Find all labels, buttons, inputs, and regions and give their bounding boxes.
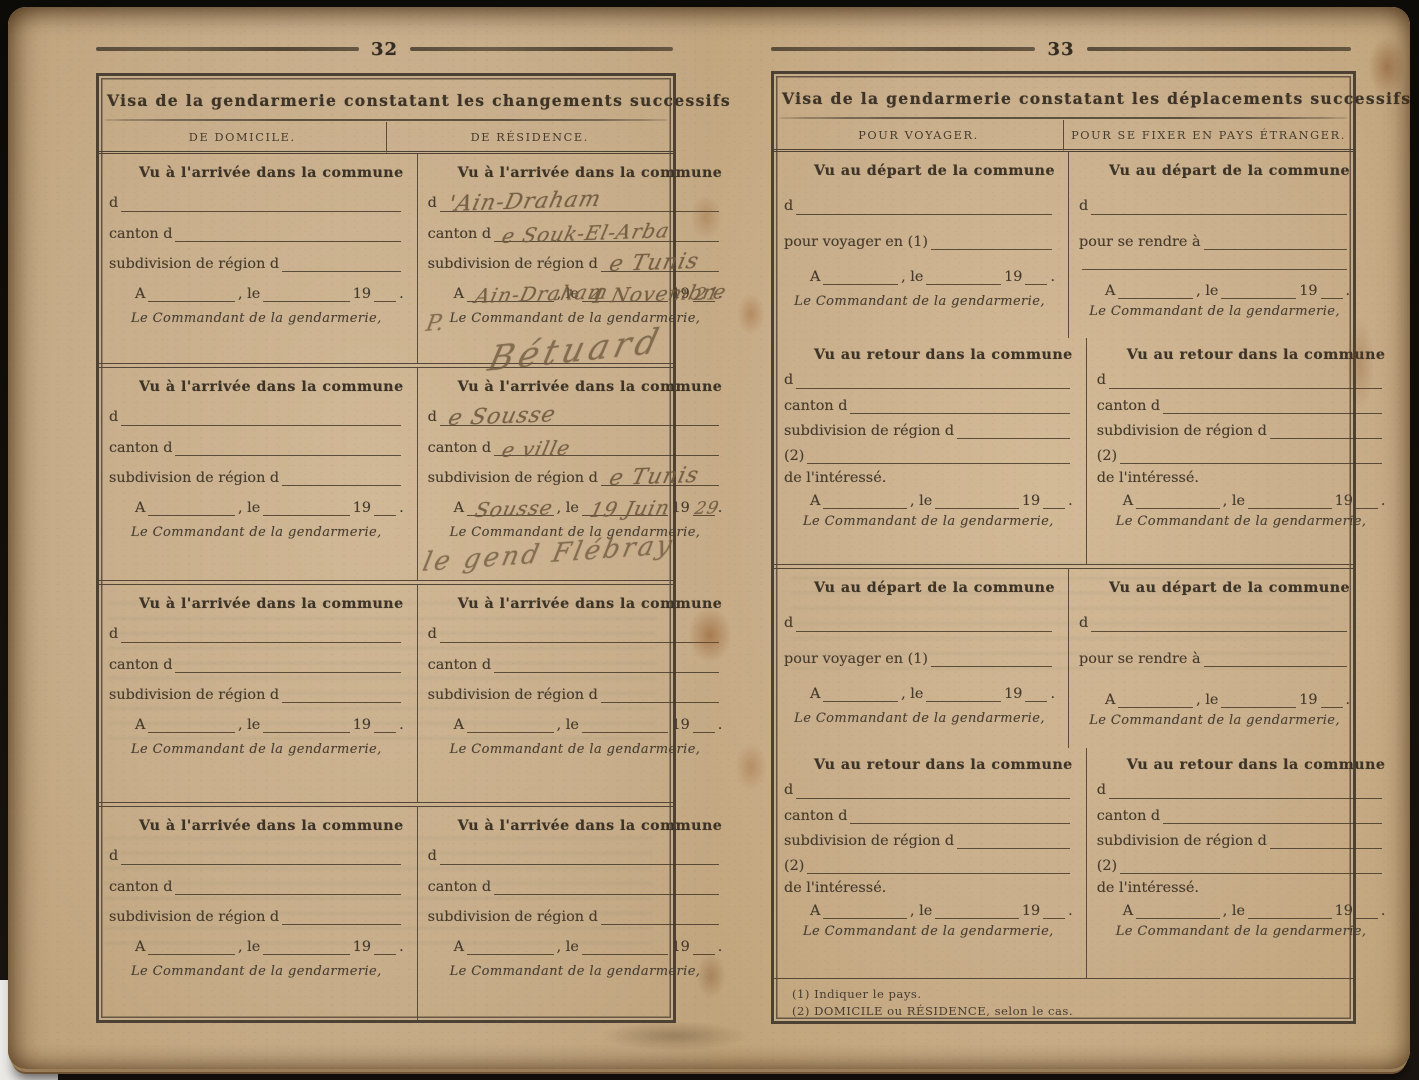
blank-line: [494, 669, 719, 673]
blank-line: [263, 729, 350, 733]
commandant-signature-line: Le Commandant de la gendarmerie,: [1097, 514, 1386, 529]
decorative-rule: [1087, 47, 1351, 51]
field-line-canton: canton d: [109, 441, 404, 456]
field-line-commune: d: [1079, 199, 1350, 214]
blank-line: [374, 512, 396, 516]
blank-line: [263, 298, 350, 302]
blank-line: [850, 820, 1069, 824]
right-page-frame: Visa de la gendarmerie constatant les dé…: [771, 71, 1356, 1024]
field-line-commune: d: [109, 627, 404, 642]
left-page-rows: Vu à l'arrivée dans la commune d canton …: [99, 154, 673, 1020]
blank-line: [1136, 915, 1220, 919]
commandant-signature-line: Le Commandant de la gendarmerie,: [1079, 304, 1350, 319]
handwritten-commune: 'Ain-Draham: [446, 188, 603, 215]
field-line-commune: d: [1097, 783, 1386, 798]
departure-travel-block: Vu au départ de la commune d pour voyage…: [774, 569, 1069, 748]
blank-line: [148, 512, 235, 516]
block-heading: Vu au départ de la commune: [1079, 152, 1350, 179]
blank-line: [1163, 820, 1382, 824]
field-line-date: A, le19.: [784, 904, 1073, 919]
field-line-subdivision: subdivision de région d: [109, 910, 404, 925]
arrival-block-blank: Vu à l'arrivée dans la commune d canton …: [99, 807, 418, 1020]
handwritten-year: 29: [693, 500, 721, 518]
blank-line: [1248, 505, 1332, 509]
footnotes: (1) Indiquer le pays. (2) DOMICILE ou RÉ…: [774, 978, 1353, 1021]
return-block: Vu au retour dans la commune d canton d …: [1087, 338, 1399, 564]
commandant-signature-line: Le Commandant de la gendarmerie,: [1079, 713, 1350, 728]
blank-line: [175, 238, 400, 242]
blank-line: [1163, 410, 1382, 414]
blank-line: Ain-Draham: [467, 298, 554, 302]
blank-line: [957, 845, 1070, 849]
field-line-subdivision: subdivision de région d: [784, 424, 1073, 439]
handwritten-date: 19 Juin: [588, 497, 672, 520]
block-heading: Vu à l'arrivée dans la commune: [109, 368, 404, 395]
blank-line: [850, 410, 1069, 414]
blank-line: [374, 729, 396, 733]
form-row: Vu à l'arrivée dans la commune d canton …: [99, 807, 673, 1020]
blank-line: [796, 385, 1070, 389]
field-line-voyager: pour voyager en (1): [784, 652, 1055, 667]
field-line-date: A, le19.: [784, 270, 1055, 285]
block-heading: Vu à l'arrivée dans la commune: [109, 807, 404, 834]
handwritten-year: 21: [693, 286, 721, 304]
blank-line: [1321, 704, 1343, 708]
commandant-signature-line: Le Commandant de la gendarmerie,: [109, 525, 404, 540]
field-line-canton: canton d: [1097, 399, 1386, 414]
left-page-frame: Visa de la gendarmerie constatant les ch…: [96, 73, 676, 1023]
blank-line: [935, 915, 1019, 919]
block-heading: Vu au retour dans la commune: [1097, 748, 1386, 773]
scanned-booklet-spread: 32 Visa de la gendarmerie constatant les…: [0, 0, 1419, 1080]
field-line-canton: canton d: [784, 809, 1073, 824]
blank-line: [374, 298, 396, 302]
blank-line: [263, 512, 350, 516]
field-line-rendre: pour se rendre à: [1079, 652, 1350, 667]
left-column-headers: DE DOMICILE. DE RÉSIDENCE.: [99, 122, 673, 154]
block-heading: Vu à l'arrivée dans la commune: [428, 154, 723, 181]
block-heading: Vu au retour dans la commune: [1097, 338, 1386, 363]
blank-line: [601, 699, 720, 703]
blank-line: [582, 951, 669, 955]
field-line-date: A, le19.: [784, 494, 1073, 509]
blank-line: [1043, 505, 1065, 509]
left-page-header-row: 32: [96, 37, 673, 61]
arrival-block-sousse: Vu à l'arrivée dans la commune de Sousse…: [418, 368, 736, 580]
field-line-subdivision: subdivision de région d: [1097, 424, 1386, 439]
field-line-canton: canton d: [109, 658, 404, 673]
column-header-residence: DE RÉSIDENCE.: [387, 122, 674, 154]
commandant-signature-line: Le Commandant de la gendarmerie,: [784, 294, 1055, 309]
field-line-commune: d: [784, 783, 1073, 798]
blank-line: [1221, 704, 1296, 708]
block-heading: Vu à l'arrivée dans la commune: [109, 585, 404, 612]
field-line-commune: d: [109, 410, 404, 425]
blank-line: [1204, 246, 1348, 250]
blank-line: [282, 482, 401, 486]
commandant-signature-line: Le Commandant de la gendarmerie,: [109, 742, 404, 757]
right-column-headers: POUR VOYAGER. POUR SE FIXER EN PAYS ÉTRA…: [774, 120, 1353, 152]
departure-abroad-block: Vu au départ de la commune d pour se ren…: [1069, 569, 1363, 748]
blank-line: 29: [693, 512, 715, 516]
block-heading: Vu à l'arrivée dans la commune: [428, 585, 723, 612]
field-line-note2: (2): [1097, 449, 1386, 464]
blank-line: [582, 729, 669, 733]
title-rule: [779, 117, 1348, 119]
page-number: 32: [371, 39, 398, 60]
field-line-commune: d: [109, 196, 404, 211]
blank-line: [1356, 915, 1378, 919]
blank-line: e ville: [494, 452, 719, 456]
decorative-rule: [96, 47, 359, 51]
field-line-date: A, le19.: [1079, 284, 1350, 299]
field-line-canton: canton d: [1097, 809, 1386, 824]
field-line-note2: (2): [1097, 859, 1386, 874]
blank-line: [601, 921, 720, 925]
blank-line: [1270, 845, 1383, 849]
blank-line: [1136, 505, 1220, 509]
handwritten-subdivision: e Tunis: [607, 251, 701, 276]
field-line-date: AAin-Draham, le4 Novembre1921.: [428, 287, 723, 302]
form-row: Vu au retour dans la commune d canton d …: [774, 338, 1353, 564]
field-line-subdivision: subdivision de région de Tunis: [428, 257, 723, 272]
field-line-subdivision: subdivision de région d: [1097, 834, 1386, 849]
blank-line: 19 Juin: [582, 512, 669, 516]
blank-line: [1118, 295, 1193, 299]
field-line-subdivision: subdivision de région d: [109, 688, 404, 703]
commandant-signature-line: Le Commandant de la gendarmerie,: [1097, 924, 1386, 939]
form-row: Vu au retour dans la commune d canton d …: [774, 748, 1353, 978]
field-line-extra: [1079, 266, 1350, 270]
blank-line: [693, 729, 715, 733]
handwritten-subdivision: e Tunis: [607, 465, 701, 490]
field-line-commune: d: [1097, 373, 1386, 388]
field-line-subdivision: subdivision de région d: [428, 910, 723, 925]
column-header-fixer: POUR SE FIXER EN PAYS ÉTRANGER.: [1064, 120, 1353, 152]
blank-line: [148, 298, 235, 302]
blank-line: [1270, 435, 1383, 439]
arrival-block-ain-draham: Vu à l'arrivée dans la commune d'Ain-Dra…: [418, 154, 736, 363]
arrival-block-blank: Vu à l'arrivée dans la commune d canton …: [99, 368, 418, 580]
blank-line: [693, 951, 715, 955]
field-line-commune: d: [784, 373, 1073, 388]
blank-line: [926, 698, 1001, 702]
blank-line: [1118, 704, 1193, 708]
blank-line: [823, 505, 907, 509]
decorative-rule: [410, 47, 673, 51]
field-line-commune: d: [428, 849, 723, 864]
blank-line: [282, 268, 401, 272]
field-line-canton: canton de ville: [428, 441, 723, 456]
blank-line: [796, 211, 1052, 215]
blank-line: [1109, 795, 1383, 799]
blank-line: [175, 891, 400, 895]
title-rule: [104, 119, 668, 121]
blank-line: [1120, 460, 1382, 464]
arrival-block-blank: Vu à l'arrivée dans la commune d canton …: [99, 154, 418, 363]
departure-travel-block: Vu au départ de la commune d pour voyage…: [774, 152, 1069, 338]
blank-line: [148, 729, 235, 733]
blank-line: [440, 861, 719, 865]
blank-line: [1120, 870, 1382, 874]
field-line-commune: d: [428, 627, 723, 642]
blank-line: [807, 870, 1069, 874]
field-line-commune: de Sousse: [428, 410, 723, 425]
handwritten-p-initial: P.: [424, 311, 446, 338]
field-line-interesse: de l'intéressé.: [1097, 471, 1386, 486]
blank-line: [374, 951, 396, 955]
blank-line: [807, 460, 1069, 464]
blank-line: [121, 861, 400, 865]
form-row: Vu à l'arrivée dans la commune d canton …: [99, 585, 673, 802]
field-line-subdivision: subdivision de région d: [109, 257, 404, 272]
field-line-subdivision: subdivision de région d: [784, 834, 1073, 849]
arrival-block-blank: Vu à l'arrivée dans la commune d canton …: [418, 807, 736, 1020]
blank-line: e Tunis: [601, 482, 720, 486]
return-block: Vu au retour dans la commune d canton d …: [774, 748, 1087, 978]
field-line-note2: (2): [784, 859, 1073, 874]
field-line-commune: d: [109, 849, 404, 864]
page-number: 33: [1047, 39, 1074, 60]
blank-line: [148, 951, 235, 955]
field-line-date: A, le19.: [1097, 904, 1386, 919]
blank-line: [121, 422, 400, 426]
field-line-date: A, le19.: [428, 940, 723, 955]
handwritten-canton: e Souk-El-Arba: [500, 220, 672, 246]
blank-line: [1082, 266, 1347, 270]
column-header-voyager: POUR VOYAGER.: [774, 120, 1064, 152]
blank-line: [796, 628, 1052, 632]
blank-line: [823, 698, 898, 702]
block-heading: Vu à l'arrivée dans la commune: [428, 807, 723, 834]
handwritten-canton: e ville: [500, 437, 573, 459]
field-line-subdivision: subdivision de région d: [428, 688, 723, 703]
field-line-date: A, le19.: [1097, 494, 1386, 509]
blank-line: 21: [693, 298, 715, 302]
footnote-1: (1) Indiquer le pays.: [792, 987, 1335, 1001]
commandant-signature-line: Le Commandant de la gendarmerie,: [428, 964, 723, 979]
blank-line: [1025, 698, 1047, 702]
field-line-interesse: de l'intéressé.: [784, 471, 1073, 486]
handwritten-place: Sousse: [473, 497, 555, 520]
blank-line: e Souk-El-Arba: [494, 238, 719, 242]
blank-line: [957, 435, 1070, 439]
field-line-date: A, le19.: [109, 718, 404, 733]
block-heading: Vu au retour dans la commune: [784, 338, 1073, 363]
field-prefix: subdivision de région d: [109, 257, 279, 272]
arrival-block-blank: Vu à l'arrivée dans la commune d canton …: [418, 585, 736, 802]
decorative-rule: [771, 47, 1035, 51]
field-line-canton: canton de Souk-El-Arba: [428, 227, 723, 242]
blank-line: [1091, 211, 1347, 215]
blank-line: 'Ain-Draham: [440, 208, 719, 212]
blank-line: [1043, 915, 1065, 919]
field-line-canton: canton d: [428, 880, 723, 895]
open-booklet: 32 Visa de la gendarmerie constatant les…: [8, 7, 1410, 1069]
blank-line: [175, 669, 400, 673]
blank-line: [1248, 915, 1332, 919]
form-row: Vu à l'arrivée dans la commune d canton …: [99, 368, 673, 580]
blank-line: [823, 915, 907, 919]
blank-line: [175, 452, 400, 456]
blank-line: [1109, 385, 1383, 389]
blank-line: [1221, 295, 1296, 299]
left-page-title: Visa de la gendarmerie constatant les ch…: [107, 91, 665, 110]
blank-line: [931, 246, 1052, 250]
right-page-header-row: 33: [771, 37, 1351, 61]
commandant-signature-line: Le Commandant de la gendarmerie,: [784, 711, 1055, 726]
field-line-date: A, le19.: [109, 940, 404, 955]
blank-line: [121, 208, 400, 212]
blank-line: 4 Novembre: [582, 298, 669, 302]
field-line-canton: canton d: [109, 227, 404, 242]
arrival-block-blank: Vu à l'arrivée dans la commune d canton …: [99, 585, 418, 802]
field-line-date: A, le19.: [784, 687, 1055, 702]
commandant-signature-line: Le Commandant de la gendarmerie,: [109, 311, 404, 326]
block-heading: Vu à l'arrivée dans la commune: [109, 154, 404, 181]
field-line-date: A, le19.: [428, 718, 723, 733]
form-row: Vu au départ de la commune d pour voyage…: [774, 152, 1353, 338]
field-line-date: ASousse, le19 Juin1929.: [428, 501, 723, 516]
field-line-interesse: de l'intéressé.: [1097, 881, 1386, 896]
blank-line: [1025, 281, 1047, 285]
block-heading: Vu au départ de la commune: [784, 569, 1055, 596]
handwritten-commune: e Sousse: [446, 404, 558, 430]
blank-line: [282, 699, 401, 703]
commandant-signature-line: Le Commandant de la gendarmerie,: [109, 964, 404, 979]
field-prefix: d: [109, 196, 118, 211]
field-line-date: A, le19.: [109, 501, 404, 516]
field-line-voyager: pour voyager en (1): [784, 235, 1055, 250]
blank-line: e Sousse: [440, 422, 719, 426]
departure-abroad-block: Vu au départ de la commune d pour se ren…: [1069, 152, 1363, 338]
block-heading: Vu à l'arrivée dans la commune: [428, 368, 723, 395]
blank-line: [467, 729, 554, 733]
field-line-commune: d'Ain-Draham: [428, 196, 723, 211]
column-header-domicile: DE DOMICILE.: [99, 122, 387, 154]
block-heading: Vu au retour dans la commune: [784, 748, 1073, 773]
form-row: Vu à l'arrivée dans la commune d canton …: [99, 154, 673, 363]
blank-line: Sousse: [467, 512, 554, 516]
field-prefix: canton d: [109, 227, 172, 242]
blank-line: [1321, 295, 1343, 299]
field-line-date: A, le19.: [1079, 693, 1350, 708]
blank-line: [931, 663, 1052, 667]
commandant-signature-line: Le Commandant de la gendarmerie,: [784, 924, 1073, 939]
field-line-canton: canton d: [109, 880, 404, 895]
commandant-signature-line: Le Commandant de la gendarmerie,: [428, 311, 723, 326]
blank-line: [121, 639, 400, 643]
field-line-commune: d: [784, 199, 1055, 214]
blank-line: e Tunis: [601, 268, 720, 272]
field-line-subdivision: subdivision de région d: [109, 471, 404, 486]
field-line-interesse: de l'intéressé.: [784, 881, 1073, 896]
blank-line: [1204, 663, 1348, 667]
blank-line: [263, 951, 350, 955]
blank-line: [823, 281, 898, 285]
blank-line: [926, 281, 1001, 285]
field-line-date: A, le19.: [109, 287, 404, 302]
blank-line: [935, 505, 1019, 509]
commandant-signature-line: Le Commandant de la gendarmerie,: [784, 514, 1073, 529]
field-line-rendre: pour se rendre à: [1079, 235, 1350, 250]
field-line-commune: d: [784, 616, 1055, 631]
field-line-canton: canton d: [428, 658, 723, 673]
commandant-signature-line: Le Commandant de la gendarmerie,: [428, 742, 723, 757]
return-block: Vu au retour dans la commune d canton d …: [1087, 748, 1399, 978]
right-page-title: Visa de la gendarmerie constatant les dé…: [782, 89, 1345, 108]
form-row: Vu au départ de la commune d pour voyage…: [774, 569, 1353, 748]
blank-line: [494, 891, 719, 895]
field-line-subdivision: subdivision de région de Tunis: [428, 471, 723, 486]
block-heading: Vu au départ de la commune: [1079, 569, 1350, 596]
blank-line: [796, 795, 1070, 799]
blank-line: [467, 951, 554, 955]
right-page-rows: Vu au départ de la commune d pour voyage…: [774, 152, 1353, 1021]
blank-line: [1091, 628, 1347, 632]
footnote-2: (2) DOMICILE ou RÉSIDENCE, selon le cas.: [792, 1004, 1335, 1018]
field-line-canton: canton d: [784, 399, 1073, 414]
blank-line: [282, 921, 401, 925]
blank-line: [1356, 505, 1378, 509]
field-line-commune: d: [1079, 616, 1350, 631]
blank-line: [440, 639, 719, 643]
return-block: Vu au retour dans la commune d canton d …: [774, 338, 1087, 564]
block-heading: Vu au départ de la commune: [784, 152, 1055, 179]
field-line-note2: (2): [784, 449, 1073, 464]
